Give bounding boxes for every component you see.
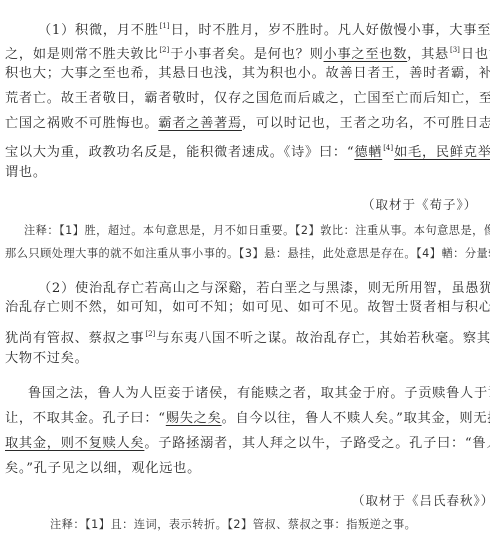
text: ，可以时记也，王者之功名，不可胜日志也。财物货 xyxy=(242,116,490,131)
text: 积也大；大事之至也希，其悬日也浅，其为积也小。故善日者王，善时者霸，补漏者危，大 xyxy=(5,66,490,81)
underlined-phrase: 如毛，民鲜克举之 xyxy=(394,145,490,160)
passage1-line-1: （1）积微，月不胜[1]日，时不胜月，岁不胜时。凡人好傲慢小事，大事至然后兴之务 xyxy=(38,18,490,39)
footnote-marker: [4] xyxy=(383,144,393,152)
text: 犹尚有管叔、蔡叔之事 xyxy=(5,331,144,346)
source-citation-xunzi: （取材于《荀子》） xyxy=(362,197,477,213)
text: 。自今以往，鲁人不赎人矣。”取其金，则无损于行； xyxy=(222,411,490,426)
text: 谓也。 xyxy=(5,165,47,180)
text: （2）使治乱存亡若高山之与深谿，若白垩之与黑漆，则无所用智，虽愚犹可矣。且 xyxy=(38,281,490,296)
passage2-line-2: 治乱存亡则不然，如可知，如可不知；如可见、如可不见。故智士贤者相与积心愁虑以求之… xyxy=(5,300,490,316)
notes1-line-1: 注释：【1】胜，超过。本句意思是，月不如日重要。【2】敦比：注重从事。本句意思是… xyxy=(24,224,490,238)
footnote-marker: [2] xyxy=(145,330,155,338)
footnote-marker: [1] xyxy=(160,22,170,30)
text: 与东夷八国不听之谋。故治乱存亡，其始若秋毫。察其秋毫，则 xyxy=(156,331,490,346)
text: 让，不取其金。孔子曰：“ xyxy=(5,411,166,426)
notes1-line-2: 那么只顾处理大事的就不如注重从事小事的。【3】悬：悬挂，此处意思是存在。【4】輶… xyxy=(5,247,490,261)
passage1-line-4: 荒者亡。故王者敬日，霸者敬时，仅存之国危而后戚之，亡国至亡而后知亡，至死而后知死… xyxy=(5,91,490,107)
passage1-line-7: 谓也。 xyxy=(5,165,47,181)
underlined-phrase: 取其金，则不复赎人矣 xyxy=(5,436,144,451)
underlined-phrase: 德輶 xyxy=(354,145,382,160)
text: 于小事者矣。是何也？则 xyxy=(170,47,323,62)
passage1-line-6: 宝以大为重，政教功名反是，能积微者速成。《诗》曰：“德輶[4]如毛，民鲜克举之。… xyxy=(5,140,490,161)
text: 荒者亡。故王者敬日，霸者敬时，仅存之国危而后戚之，亡国至亡而后知亡，至死而后知死… xyxy=(5,91,490,106)
text: 日也博，其为 xyxy=(461,47,490,62)
footnote-marker: [3] xyxy=(450,46,460,54)
text: 宝以大为重，政教功名反是，能积微者速成。《诗》曰：“ xyxy=(5,145,354,160)
text: 治乱存亡则不然，如可知，如可不知；如可见、如可不见。故智士贤者相与积心愁虑以求之… xyxy=(5,300,490,315)
underlined-phrase: 霸者之善著焉 xyxy=(158,116,242,131)
text: 矣。”孔子见之以细，观化远也。 xyxy=(5,461,201,476)
passage3-line-3: 取其金，则不复赎人矣。子路拯溺者，其人拜之以牛，子路受之。孔子曰：“鲁人必拯溺者 xyxy=(5,436,490,452)
text: 之，如是则常不胜夫敦比 xyxy=(5,47,158,62)
underlined-phrase: 赐失之矣 xyxy=(166,411,222,426)
passage3-line-1: 鲁国之法，鲁人为人臣妾于诸侯，有能赎之者，取其金于府。子贡赎鲁人于诸侯，来而 xyxy=(28,386,490,402)
source-citation-lushi-chunqiu: （取材于《吕氏春秋》） xyxy=(352,493,490,509)
passage3-line-2: 让，不取其金。孔子曰：“赐失之矣。自今以往，鲁人不赎人矣。”取其金，则无损于行；… xyxy=(5,411,490,427)
passage1-line-5: 亡国之祸败不可胜悔也。霸者之善著焉，可以时记也，王者之功名，不可胜日志也。财物货 xyxy=(5,116,490,132)
passage3-line-4: 矣。”孔子见之以细，观化远也。 xyxy=(5,461,201,477)
text: （1）积微，月不胜 xyxy=(38,23,159,38)
text: 亡国之祸败不可胜悔也。 xyxy=(5,116,158,131)
text: 大物不过矣。 xyxy=(5,351,89,366)
text: ，其悬 xyxy=(407,47,449,62)
text: 鲁国之法，鲁人为人臣妾于诸侯，有能赎之者，取其金于府。子贡赎鲁人于诸侯，来而 xyxy=(28,386,490,401)
text: 。子路拯溺者，其人拜之以牛，子路受之。孔子曰：“鲁人必拯溺者 xyxy=(144,436,490,451)
notes2-line-1: 注释：【1】且：连词，表示转折。【2】管叔、蔡叔之事：指叛逆之事。 xyxy=(50,518,416,532)
passage2-line-1: （2）使治乱存亡若高山之与深谿，若白垩之与黑漆，则无所用智，虽愚犹可矣。且[1] xyxy=(38,276,490,297)
passage2-line-3: 犹尚有管叔、蔡叔之事[2]与东夷八国不听之谋。故治乱存亡，其始若秋毫。察其秋毫，… xyxy=(5,326,490,347)
footnote-marker: [2] xyxy=(159,46,169,54)
text: 日，时不胜月，岁不胜时。凡人好傲慢小事，大事至然后兴之务 xyxy=(171,23,490,38)
passage2-line-4: 大物不过矣。 xyxy=(5,351,89,367)
passage1-line-2: 之，如是则常不胜夫敦比[2]于小事者矣。是何也？则小事之至也数，其悬[3]日也博… xyxy=(5,42,490,63)
passage1-line-3: 积也大；大事之至也希，其悬日也浅，其为积也小。故善日者王，善时者霸，补漏者危，大 xyxy=(5,66,490,82)
underlined-phrase: 小事之至也数 xyxy=(324,47,408,62)
